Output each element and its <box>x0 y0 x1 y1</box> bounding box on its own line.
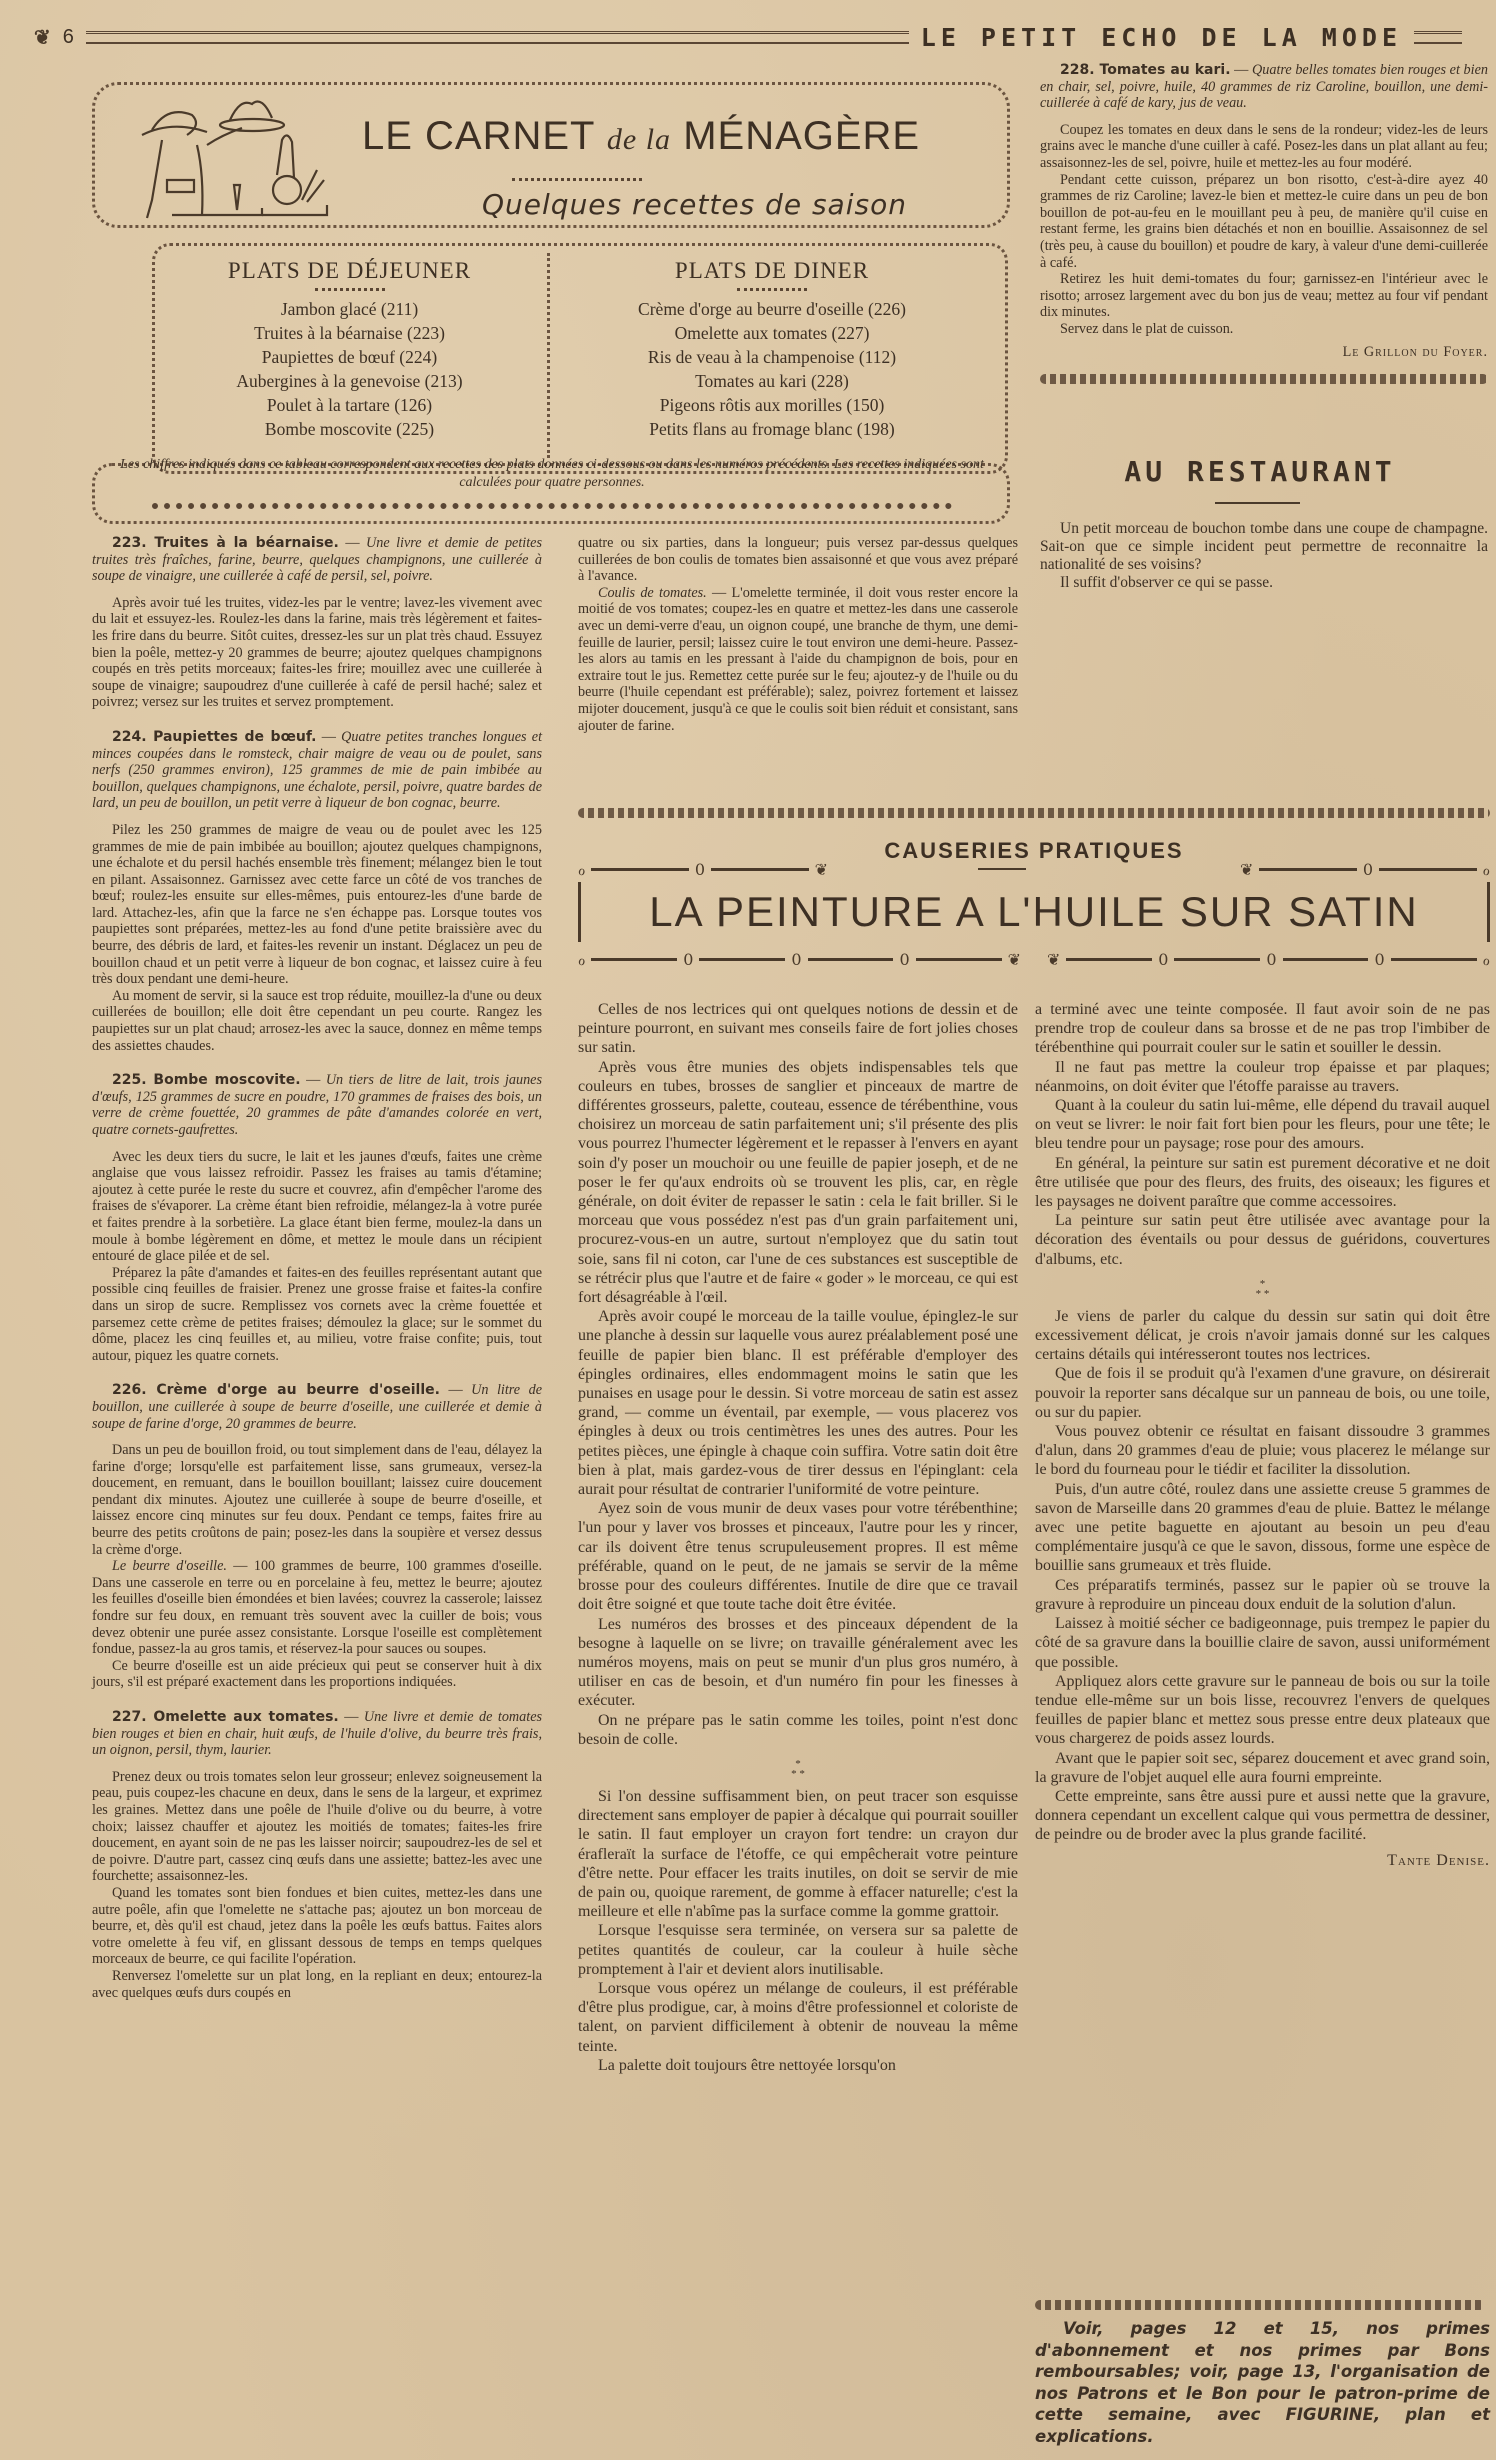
article-title: LA PEINTURE A L'HUILE SUR SATIN <box>578 882 1490 942</box>
diner-heading: PLATS DE DINER <box>562 258 982 284</box>
recipe-title: 226. Crème d'orge au beurre d'oseille. <box>112 1382 440 1398</box>
carnet-subtitle: Quelques recettes de saison <box>482 188 907 221</box>
promo-text: Voir, pages 12 et 15, nos primes d'abonn… <box>1035 2318 1490 2447</box>
article-paragraph: La palette doit toujours être nettoyée l… <box>578 2056 1018 2075</box>
menu-item: Poulet à la tartare (126) <box>162 393 537 417</box>
recipe-paragraph: Dans un peu de bouillon froid, ou tout s… <box>92 1442 542 1558</box>
article-paragraph: Ces préparatifs terminés, passez sur le … <box>1035 1576 1490 1614</box>
section-kicker: CAUSERIES PRATIQUES <box>578 838 1490 864</box>
kicker-underline <box>978 868 1026 870</box>
recipe-paragraph: Quand les tomates sont bien fondues et b… <box>92 1885 542 1968</box>
recipe-paragraph: L'omelette terminée, il doit vous rester… <box>578 585 1018 734</box>
signature: Le Grillon du Foyer. <box>1040 344 1488 361</box>
recipe-title: 224. Paupiettes de bœuf. <box>112 729 317 745</box>
article-paragraph: On ne prépare pas le satin comme les toi… <box>578 1711 1018 1749</box>
recipe-224: 224. Paupiettes de bœuf. — Quatre petite… <box>92 729 542 1054</box>
menu-item: Bombe moscovite (225) <box>162 417 537 441</box>
recipe-225: 225. Bombe moscovite. — Un tiers de litr… <box>92 1072 542 1364</box>
recipe-227-continued: quatre ou six parties, dans la longueur;… <box>578 535 1018 734</box>
menu-item: Crème d'orge au beurre d'oseille (226) <box>562 297 982 321</box>
recipe-223: 223. Truites à la béarnaise. — Une livre… <box>92 535 542 711</box>
recipes-column-left: 223. Truites à la béarnaise. — Une livre… <box>92 535 542 2019</box>
recipe-227: 227. Omelette aux tomates. — Une livre e… <box>92 1709 542 2001</box>
menu-item: Tomates au kari (228) <box>562 369 982 393</box>
menu-item: Petits flans au fromage blanc (198) <box>562 417 982 441</box>
article-paragraph: Puis, d'un autre côté, roulez dans une a… <box>1035 1480 1490 1576</box>
page-number: 6 <box>63 26 74 49</box>
menu-item: Pigeons rôtis aux morilles (150) <box>562 393 982 417</box>
carnet-menagere-box: LE CARNET de la MÉNAGÈRE Quelques recett… <box>92 68 1012 523</box>
recipe-title: 225. Bombe moscovite. <box>112 1072 301 1088</box>
fleuron-icon: ❦ <box>34 25 51 49</box>
publication-title: LE PETIT ECHO DE LA MODE <box>921 23 1402 52</box>
dejeuner-menu: PLATS DE DÉJEUNER Jambon glacé (211)Trui… <box>162 258 537 478</box>
newspaper-page: ❦ 6 LE PETIT ECHO DE LA MODE <box>0 0 1496 2460</box>
leaf-ornament-line: ℴ000❦ ❦000ℴ <box>578 952 1490 966</box>
restaurant-title: AU RESTAURANT <box>1060 455 1460 488</box>
recipe-paragraph: Au moment de servir, si la sauce est tro… <box>92 988 542 1054</box>
recipe-paragraph: Renversez l'omelette sur un plat long, e… <box>92 1968 542 2001</box>
dotted-rule <box>152 503 952 509</box>
article-paragraph: Appliquez alors cette gravure sur le pan… <box>1035 1672 1490 1749</box>
article-paragraph: Si l'on dessine suffisamment bien, on pe… <box>578 1787 1018 1921</box>
dejeuner-heading: PLATS DE DÉJEUNER <box>162 258 537 284</box>
article-paragraph: Lorsque l'esquisse sera terminée, on ver… <box>578 1921 1018 1979</box>
recipe-paragraph: Préparez la pâte d'amandes et faites-en … <box>92 1265 542 1365</box>
menu-item: Omelette aux tomates (227) <box>562 321 982 345</box>
recipe-paragraph: Retirez les huit demi-tomates du four; g… <box>1040 271 1488 321</box>
recipe-title: 223. Truites à la béarnaise. <box>112 535 339 551</box>
causeries-column-1: Celles de nos lectrices qui ont quelques… <box>578 1000 1018 2075</box>
menu-item: Truites à la béarnaise (223) <box>162 321 537 345</box>
title-underline <box>1215 502 1300 504</box>
article-paragraph: Que de fois il se produit qu'à l'examen … <box>1035 1364 1490 1422</box>
recipe-title: 228. Tomates au kari. <box>1060 62 1231 78</box>
article-paragraph: Il ne faut pas mettre la couleur trop ép… <box>1035 1058 1490 1096</box>
article-paragraph: Avant que le papier soit sec, séparez do… <box>1035 1749 1490 1787</box>
diner-menu: PLATS DE DINER Crème d'orge au beurre d'… <box>562 258 982 478</box>
article-paragraph: Après avoir coupé le morceau de la taill… <box>578 1307 1018 1499</box>
menu-item: Jambon glacé (211) <box>162 297 537 321</box>
carnet-title: LE CARNET de la MÉNAGÈRE <box>362 114 920 159</box>
recipe-subtitle: Coulis de tomates. <box>598 585 707 601</box>
leaf-ornament-line: ❦0ℴ <box>1240 862 1490 876</box>
menu-item: Aubergines à la genevoise (213) <box>162 369 537 393</box>
article-paragraph: Les numéros des brosses et des pinceaux … <box>578 1615 1018 1711</box>
recipe-paragraph: Avec les deux tiers du sucre, le lait et… <box>92 1149 542 1265</box>
dejeuner-list: Jambon glacé (211)Truites à la béarnaise… <box>162 297 537 441</box>
recipe-paragraph: Ce beurre d'oseille est un aide précieux… <box>92 1658 542 1691</box>
recipe-paragraph: quatre ou six parties, dans la longueur;… <box>578 535 1018 585</box>
recipe-title: 227. Omelette aux tomates. <box>112 1709 339 1725</box>
leaf-ornament-line: ℴ0❦ <box>578 862 828 876</box>
carnet-header: LE CARNET de la MÉNAGÈRE Quelques recett… <box>92 80 1012 220</box>
masthead-rule <box>1414 31 1462 44</box>
article-paragraph: Ayez soin de vous munir de deux vases po… <box>578 1499 1018 1614</box>
title-separator <box>512 178 642 181</box>
article-paragraph: Lorsque vous opérez un mélange de couleu… <box>578 1979 1018 2056</box>
waiter-with-tray-illustration <box>112 90 332 225</box>
article-paragraph: Je viens de parler du calque du dessin s… <box>1035 1307 1490 1365</box>
article-paragraph: Vous pouvez obtenir ce résultat en faisa… <box>1035 1422 1490 1480</box>
recipe-paragraph: Pilez les 250 grammes de maigre de veau … <box>92 822 542 988</box>
article-paragraph: En général, la peinture sur satin est pu… <box>1035 1154 1490 1212</box>
masthead-rule <box>86 31 909 44</box>
article-paragraph: a terminé avec une teinte composée. Il f… <box>1035 1000 1490 1058</box>
masthead: ❦ 6 LE PETIT ECHO DE LA MODE <box>34 22 1462 52</box>
asterism-separator: ** * <box>1035 1279 1490 1299</box>
article-paragraph: Un petit morceau de bouchon tombe dans u… <box>1040 520 1488 574</box>
restaurant-article: Un petit morceau de bouchon tombe dans u… <box>1040 520 1488 592</box>
recipe-paragraph: Après avoir tué les truites, videz-les p… <box>92 595 542 711</box>
recipe-228: 228. Tomates au kari. — Quatre belles to… <box>1040 62 1488 384</box>
menu-item: Ris de veau à la champenoise (112) <box>562 345 982 369</box>
wavy-divider <box>1035 2300 1485 2310</box>
article-paragraph: La peinture sur satin peut être utilisée… <box>1035 1211 1490 1269</box>
article-paragraph: Celles de nos lectrices qui ont quelques… <box>578 1000 1018 1058</box>
carnet-note: Les chiffres indiqués dans ce tableau co… <box>102 456 1002 492</box>
recipe-paragraph: Pendant cette cuisson, préparez un bon r… <box>1040 172 1488 272</box>
article-paragraph: Cette empreinte, sans être aussi pure et… <box>1035 1787 1490 1845</box>
column-divider <box>547 253 550 458</box>
asterism-separator: ** * <box>578 1759 1018 1779</box>
article-paragraph: Après vous être munies des objets indisp… <box>578 1058 1018 1308</box>
subscription-promo: Voir, pages 12 et 15, nos primes d'abonn… <box>1035 2318 1490 2447</box>
recipe-subtitle: Le beurre d'oseille. <box>112 1558 227 1574</box>
recipe-paragraph: Coupez les tomates en deux dans le sens … <box>1040 122 1488 172</box>
recipe-226: 226. Crème d'orge au beurre d'oseille. —… <box>92 1382 542 1691</box>
article-paragraph: Il suffit d'observer ce qui se passe. <box>1040 574 1488 592</box>
diner-list: Crème d'orge au beurre d'oseille (226)Om… <box>562 297 982 441</box>
menu-item: Paupiettes de bœuf (224) <box>162 345 537 369</box>
recipe-paragraph: Servez dans le plat de cuisson. <box>1040 321 1488 338</box>
signature: Tante Denise. <box>1035 1851 1490 1870</box>
recipe-paragraph: Prenez deux ou trois tomates selon leur … <box>92 1769 542 1885</box>
wavy-divider <box>1040 374 1488 384</box>
article-paragraph: Laissez à moitié sécher ce badigeonnage,… <box>1035 1614 1490 1672</box>
article-paragraph: Quant à la couleur du satin lui-même, el… <box>1035 1096 1490 1154</box>
causeries-column-2: a terminé avec une teinte composée. Il f… <box>1035 1000 1490 1870</box>
wavy-divider <box>578 808 1490 818</box>
